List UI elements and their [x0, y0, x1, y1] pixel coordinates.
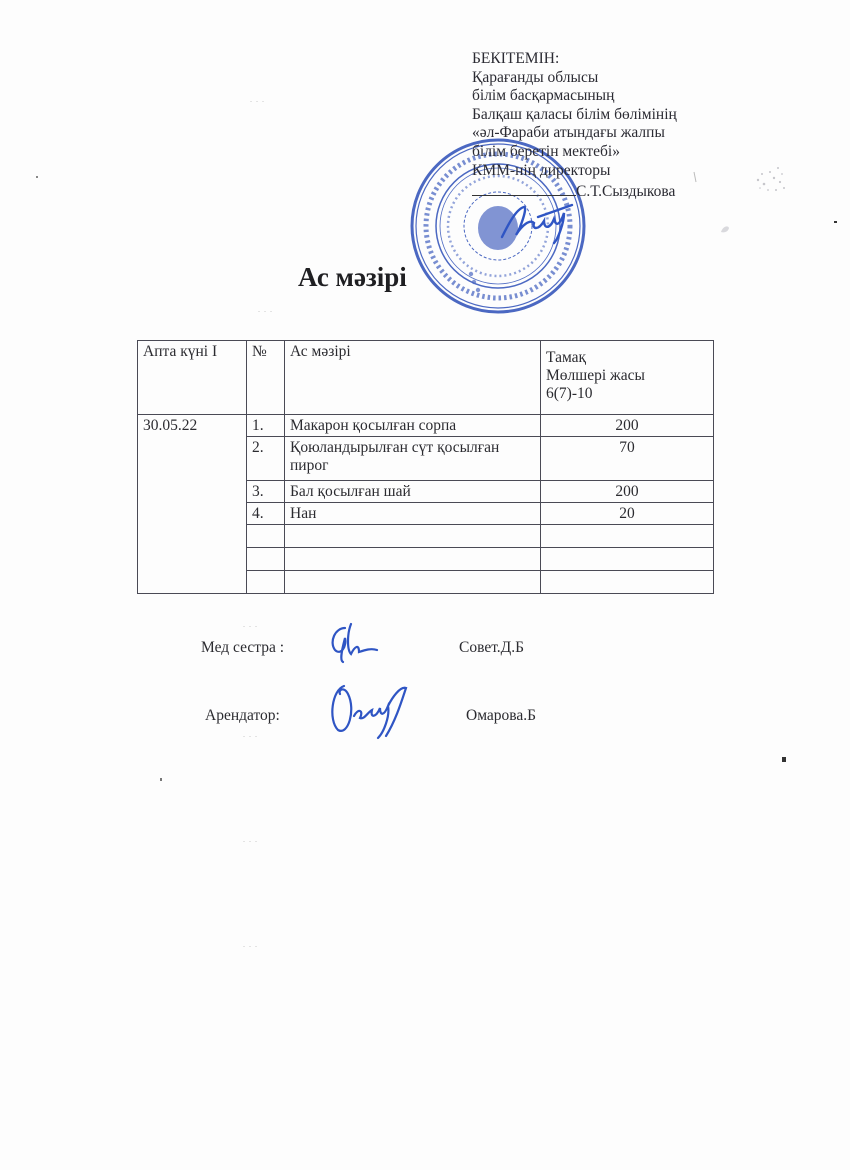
- scan-dust: . . .: [250, 95, 265, 104]
- table-row: 30.05.22 1. Макарон қосылған сорпа 200: [138, 415, 714, 437]
- row-number: [247, 525, 285, 548]
- approval-block: БЕКІТЕМІН: Қарағанды облысы білім басқар…: [472, 50, 677, 202]
- scan-smudge-icon: [718, 222, 732, 236]
- scan-dust: . . .: [243, 835, 258, 844]
- signature-role: Мед сестра :: [201, 639, 284, 657]
- row-number: 3.: [247, 481, 285, 503]
- scan-smudge-icon: [690, 170, 700, 184]
- row-dish: Қоюландырылған сүт қосылған пирог: [285, 437, 541, 481]
- director-name: С.Т.Сыздыкова: [576, 183, 675, 200]
- row-number: 1.: [247, 415, 285, 437]
- header-portion-line1: Тамақ: [546, 349, 708, 367]
- approval-line: білім беретін мектебі»: [472, 143, 677, 162]
- row-portion: [541, 525, 714, 548]
- row-portion: [541, 548, 714, 571]
- row-dish: Нан: [285, 503, 541, 525]
- table-header-row: Апта күні I № Ас мәзірі Тамақ Мөлшері жа…: [138, 341, 714, 415]
- scan-speck: [36, 176, 38, 178]
- row-dish: [285, 548, 541, 571]
- header-portion: Тамақ Мөлшері жасы 6(7)-10: [541, 341, 714, 415]
- approval-heading: БЕКІТЕМІН:: [472, 50, 677, 69]
- row-number: [247, 571, 285, 594]
- menu-table: Апта күні I № Ас мәзірі Тамақ Мөлшері жа…: [137, 340, 714, 594]
- date-cell: 30.05.22: [138, 415, 247, 594]
- approval-line: білім басқармасының: [472, 87, 677, 106]
- scan-speck: [834, 221, 837, 223]
- approval-line: Балқаш қаласы білім бөлімінің: [472, 106, 677, 125]
- row-portion: 200: [541, 415, 714, 437]
- header-portion-line2: Мөлшері жасы: [546, 367, 708, 385]
- row-number: [247, 548, 285, 571]
- row-portion: [541, 571, 714, 594]
- scan-dust: . . .: [243, 730, 258, 739]
- row-portion: 70: [541, 437, 714, 481]
- signature-role: Арендатор:: [205, 707, 280, 725]
- tenant-signature-icon: [326, 680, 416, 740]
- row-portion: 20: [541, 503, 714, 525]
- header-number: №: [247, 341, 285, 415]
- header-dish: Ас мәзірі: [285, 341, 541, 415]
- row-dish: Бал қосылған шай: [285, 481, 541, 503]
- row-number: 2.: [247, 437, 285, 481]
- header-day: Апта күні I: [138, 341, 247, 415]
- signature-underline: [472, 180, 576, 196]
- row-number: 4.: [247, 503, 285, 525]
- scan-smudge-icon: [748, 160, 793, 200]
- nurse-signature-icon: [325, 620, 380, 665]
- row-dish: [285, 571, 541, 594]
- approval-line: Қарағанды облысы: [472, 69, 677, 88]
- page-title: Ас мәзірі: [298, 262, 407, 293]
- row-dish: [285, 525, 541, 548]
- scan-speck: [782, 757, 786, 762]
- row-portion: 200: [541, 481, 714, 503]
- scan-dust: . . .: [243, 940, 258, 949]
- approval-line: «әл-Фараби атындағы жалпы: [472, 124, 677, 143]
- signature-name: Омарова.Б: [466, 707, 536, 725]
- director-signature-icon: [498, 195, 578, 245]
- scan-dust: . . .: [258, 305, 273, 314]
- header-portion-line3: 6(7)-10: [546, 385, 708, 403]
- scan-speck: [160, 778, 162, 781]
- row-dish: Макарон қосылған сорпа: [285, 415, 541, 437]
- scan-dust: . . .: [243, 620, 258, 629]
- signature-name: Совет.Д.Б: [459, 639, 524, 657]
- document-page: БЕКІТЕМІН: Қарағанды облысы білім басқар…: [0, 0, 850, 1170]
- approval-line: КММ-нің директоры: [472, 162, 677, 181]
